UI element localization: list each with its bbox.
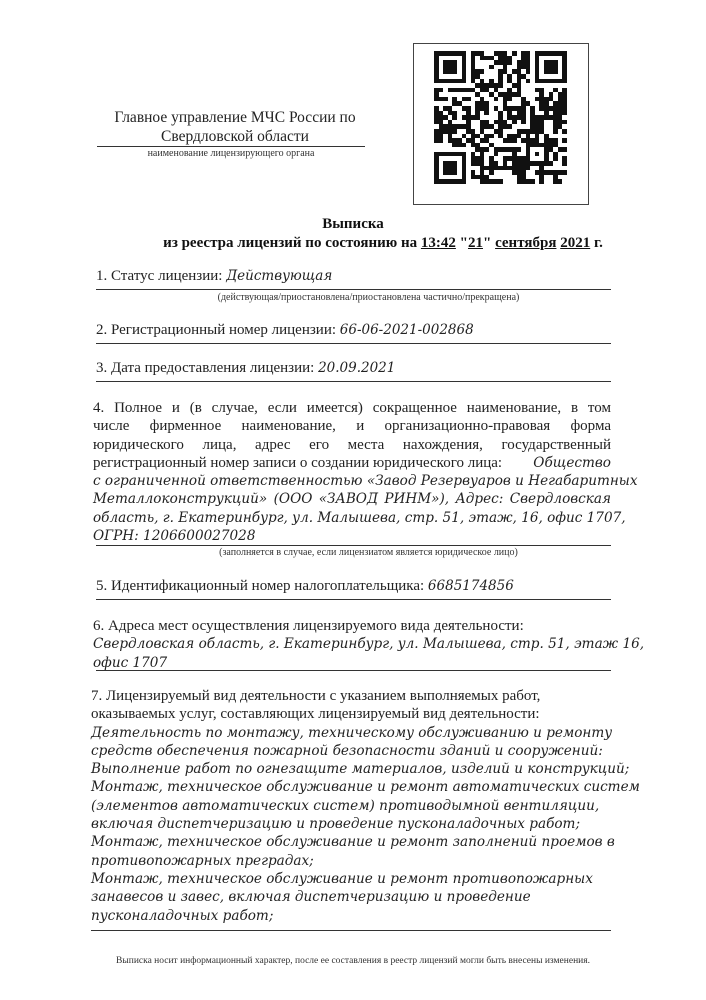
activity-value-line: Монтаж, техническое обслуживание и ремон… [91,833,611,851]
legal-entity-label-line: юридического лица, адрес его места нахож… [93,436,611,454]
activity-value-line: Деятельность по монтажу, техническому об… [91,724,611,742]
legal-entity-label-line: числе фирменное наименование, и организа… [93,417,611,435]
legal-entity-value-line: Металлоконструкций» (ООО «ЗАВОД РИНМ»), … [93,490,611,508]
field-inn: 5. Идентификационный номер налогоплатель… [96,578,611,595]
activity-value-line: занавесов и завес, включая диспетчеризац… [91,888,611,906]
subtitle-day: 21 [468,235,483,251]
subtitle-suffix: г. [594,235,603,251]
field-issue-date: 3. Дата предоставления лицензии: 20.09.2… [96,360,611,377]
qr-code-icon [434,51,567,184]
document-title: Выписка [0,216,706,233]
status-underline [96,289,611,290]
legal-entity-label-line: регистрационный номер записи о создании … [93,454,502,472]
legal-entity-value-line: Общество [533,454,611,472]
activity-value-line: включая диспетчеризацию и проведение пус… [91,815,611,833]
field-status: 1. Статус лицензии: Действующая [96,268,611,285]
subtitle-month: сентября [495,235,556,251]
status-label: 1. Статус лицензии: [96,268,222,284]
licensing-authority: Главное управление МЧС России по Свердло… [95,108,375,146]
issue-date-value: 20.09.2021 [318,360,395,376]
subtitle-time: 13:42 [421,235,456,251]
activity-value-line: противопожарных преградах; [91,852,611,870]
authority-underline [97,146,365,147]
subtitle-year: 2021 [560,235,590,251]
authority-line-2: Свердловской области [95,127,375,146]
field-licensed-activity: 7. Лицензируемый вид деятельности с указ… [91,687,611,925]
footer-disclaimer: Выписка носит информационный характер, п… [0,956,706,966]
activity-address-value-line: Свердловская область, г. Екатеринбург, у… [93,635,613,653]
activity-value-line: Монтаж, техническое обслуживание и ремон… [91,778,611,796]
reg-number-underline [96,343,611,344]
inn-label: 5. Идентификационный номер налогоплатель… [96,578,424,594]
field-legal-entity: 4. Полное и (в случае, если имеется) сок… [93,399,613,545]
activity-value-line: средств обеспечения пожарной безопасност… [91,742,611,760]
activity-address-label: 6. Адреса мест осуществления лицензируем… [93,617,613,635]
activity-value-line: пусконаладочных работ; [91,907,611,925]
field-activity-address: 6. Адреса мест осуществления лицензируем… [93,617,613,672]
status-value: Действующая [226,268,332,284]
reg-number-value: 66-06-2021-002868 [340,322,474,338]
activity-label-line: 7. Лицензируемый вид деятельности с указ… [91,687,611,705]
status-caption: (действующая/приостановлена/приостановле… [96,292,611,303]
reg-number-label: 2. Регистрационный номер лицензии: [96,322,336,338]
legal-entity-label-line: 4. Полное и (в случае, если имеется) сок… [93,399,611,417]
activity-underline [91,930,611,931]
issue-date-underline [96,381,611,382]
subtitle-prefix: из реестра лицензий по состоянию на [163,235,417,251]
document-subtitle: из реестра лицензий по состоянию на 13:4… [0,235,706,252]
authority-line-1: Главное управление МЧС России по [95,108,375,127]
legal-entity-value-line: с ограниченной ответственностью «Завод Р… [93,472,611,490]
activity-label-line: оказываемых услуг, составляющих лицензир… [91,705,611,723]
activity-value-line: (элементов автоматических систем) против… [91,797,611,815]
authority-caption: наименование лицензирующего органа [97,148,365,159]
legal-entity-caption: (заполняется в случае, если лицензиатом … [96,547,611,558]
qr-code-frame [413,43,589,205]
activity-address-underline [96,670,611,671]
legal-entity-value-line: область, г. Екатеринбург, ул. Малышева, … [93,509,611,527]
inn-underline [96,599,611,600]
issue-date-label: 3. Дата предоставления лицензии: [96,360,314,376]
legal-entity-mixed-line: регистрационный номер записи о создании … [93,454,611,472]
activity-value-line: Выполнение работ по огнезащите материало… [91,760,611,778]
inn-value: 6685174856 [428,578,514,594]
field-registration-number: 2. Регистрационный номер лицензии: 66-06… [96,322,611,339]
activity-value-line: Монтаж, техническое обслуживание и ремон… [91,870,611,888]
legal-entity-value-line: ОГРН: 1206600027028 [93,527,613,545]
legal-entity-underline [96,545,611,546]
